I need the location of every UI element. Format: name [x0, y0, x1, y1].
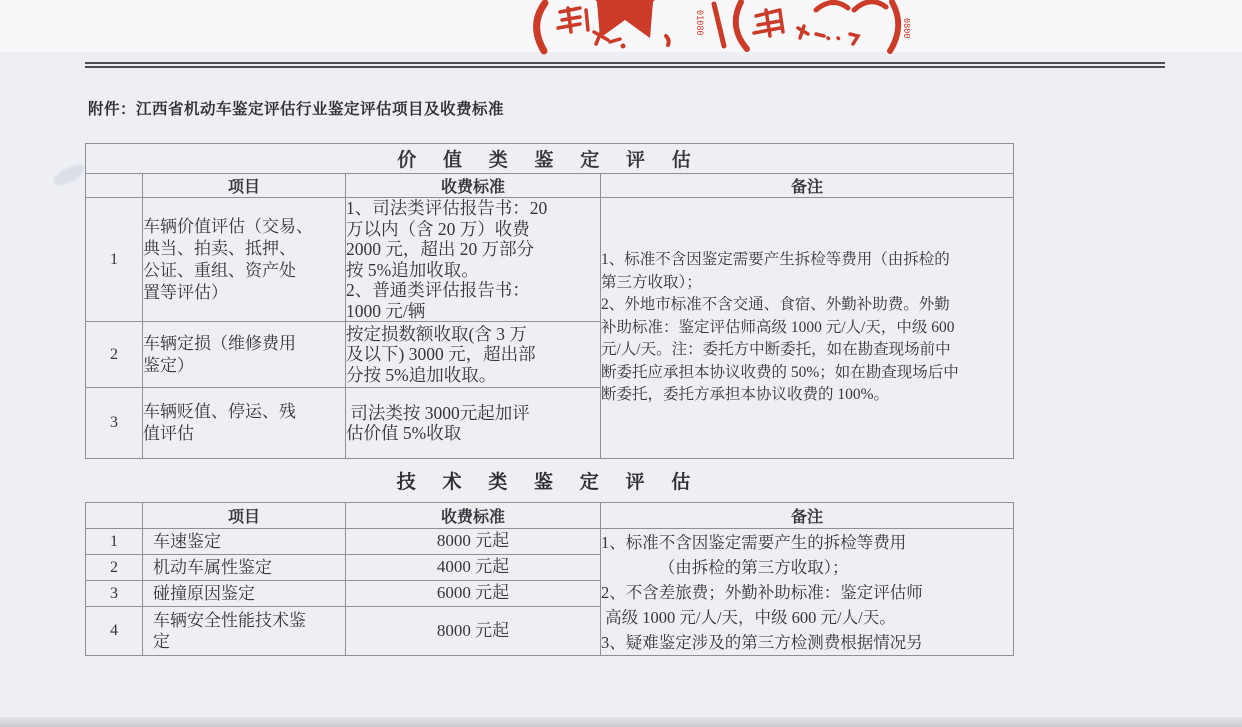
header-remark: 备注: [601, 503, 1014, 529]
row-item: 碰撞原因鉴定: [143, 581, 346, 607]
row-number: 3: [86, 388, 143, 459]
value-appraisal-table: 价 值 类 鉴 定 评 估 项目 收费标准 备注 1 车辆价值评估（交易、 典当…: [85, 143, 1014, 459]
row-item: 车辆定损（维修费用 鉴定）: [143, 322, 346, 388]
row-fee: 司法类按 3000元起加评 估价值 5%收取: [346, 388, 601, 459]
row-fee: 按定损数额收取(含 3 万 及以下) 3000 元，超出部 分按 5%追加收取。: [346, 322, 601, 388]
header-index-cell: [86, 503, 143, 529]
row-fee: 6000 元起: [346, 581, 601, 607]
table-title-row: 价 值 类 鉴 定 评 估: [86, 144, 1014, 174]
seal-right-bar-icon: [714, 4, 724, 46]
table-header-row: 项目 收费标准 备注: [86, 503, 1014, 529]
seal-top-arc-left-icon: [816, 2, 848, 10]
row-number: 1: [86, 529, 143, 555]
seal-top-arc-right-icon: [854, 2, 886, 10]
row-number: 4: [86, 607, 143, 656]
table-row: 1 车辆价值评估（交易、 典当、拍卖、抵押、 公证、重组、资产处 置等评估） 1…: [86, 198, 1014, 322]
seal-serial-right: 0800: [901, 18, 910, 38]
row-item: 车速鉴定: [143, 529, 346, 555]
seal-left-arc-icon: [537, 3, 545, 51]
tech-table-remark: 1、标准不含因鉴定需要产生的拆检等费用 （由拆检的第三方收取）； 2、不含差旅费…: [601, 529, 1014, 656]
scan-smudge-artifact: [51, 161, 88, 189]
row-fee: 8000 元起: [346, 607, 601, 656]
table-header-row: 项目 收费标准 备注: [86, 174, 1014, 198]
scanned-document-page: 01080 0800 附件：江西省机动车鉴定评估行业鉴定评估项目及收费标准 价 …: [0, 0, 1242, 727]
seal-right-inner-arc-icon: [736, 2, 747, 49]
row-fee: 1、司法类评估报告书：20 万以内（含 20 万）收费 2000 元，超出 20…: [346, 198, 601, 322]
red-seal-stamp-fragment: 01080 0800: [498, 0, 910, 55]
row-number: 2: [86, 322, 143, 388]
seal-serial-left: 01080: [694, 10, 704, 36]
header-fee: 收费标准: [346, 503, 601, 529]
row-item: 车辆安全性能技术鉴 定: [143, 607, 346, 656]
value-table-remark: 1、标准不含因鉴定需要产生拆检等费用（由拆检的 第三方收取）； 2、外地市标准不…: [601, 198, 1014, 459]
header-remark: 备注: [601, 174, 1014, 198]
header-index-cell: [86, 174, 143, 198]
row-number: 3: [86, 581, 143, 607]
tech-table-title: 技 术 类 鉴 定 评 估: [85, 467, 1013, 494]
value-table-title: 价 值 类 鉴 定 评 估: [86, 144, 1014, 174]
header-divider-rule: [85, 62, 1165, 68]
row-number: 2: [86, 555, 143, 581]
header-item: 项目: [143, 503, 346, 529]
technical-appraisal-table: 项目 收费标准 备注 1 车速鉴定 8000 元起 1、标准不含因鉴定需要产生的…: [85, 502, 1014, 656]
seal-right-small-marks-icon: [798, 26, 839, 39]
header-fee: 收费标准: [346, 174, 601, 198]
scan-bottom-edge: [0, 717, 1242, 727]
seal-right-check-mark-icon: [850, 34, 858, 44]
row-item: 车辆贬值、停运、残 值评估: [143, 388, 346, 459]
seal-left-characters-icon: [558, 8, 588, 32]
row-item: 车辆价值评估（交易、 典当、拍卖、抵押、 公证、重组、资产处 置等评估）: [143, 198, 346, 322]
seal-closing-arc-icon: [890, 2, 898, 51]
row-fee: 4000 元起: [346, 555, 601, 581]
row-item: 机动车属性鉴定: [143, 555, 346, 581]
seal-dot-icon: [621, 44, 626, 49]
row-number: 1: [86, 198, 143, 322]
row-fee: 8000 元起: [346, 529, 601, 555]
seal-right-characters-icon: [754, 10, 783, 36]
seal-comma-mark-icon: [666, 36, 669, 45]
attachment-heading: 附件：江西省机动车鉴定评估行业鉴定评估项目及收费标准: [88, 97, 504, 119]
header-item: 项目: [143, 174, 346, 198]
table-row: 1 车速鉴定 8000 元起 1、标准不含因鉴定需要产生的拆检等费用 （由拆检的…: [86, 529, 1014, 555]
